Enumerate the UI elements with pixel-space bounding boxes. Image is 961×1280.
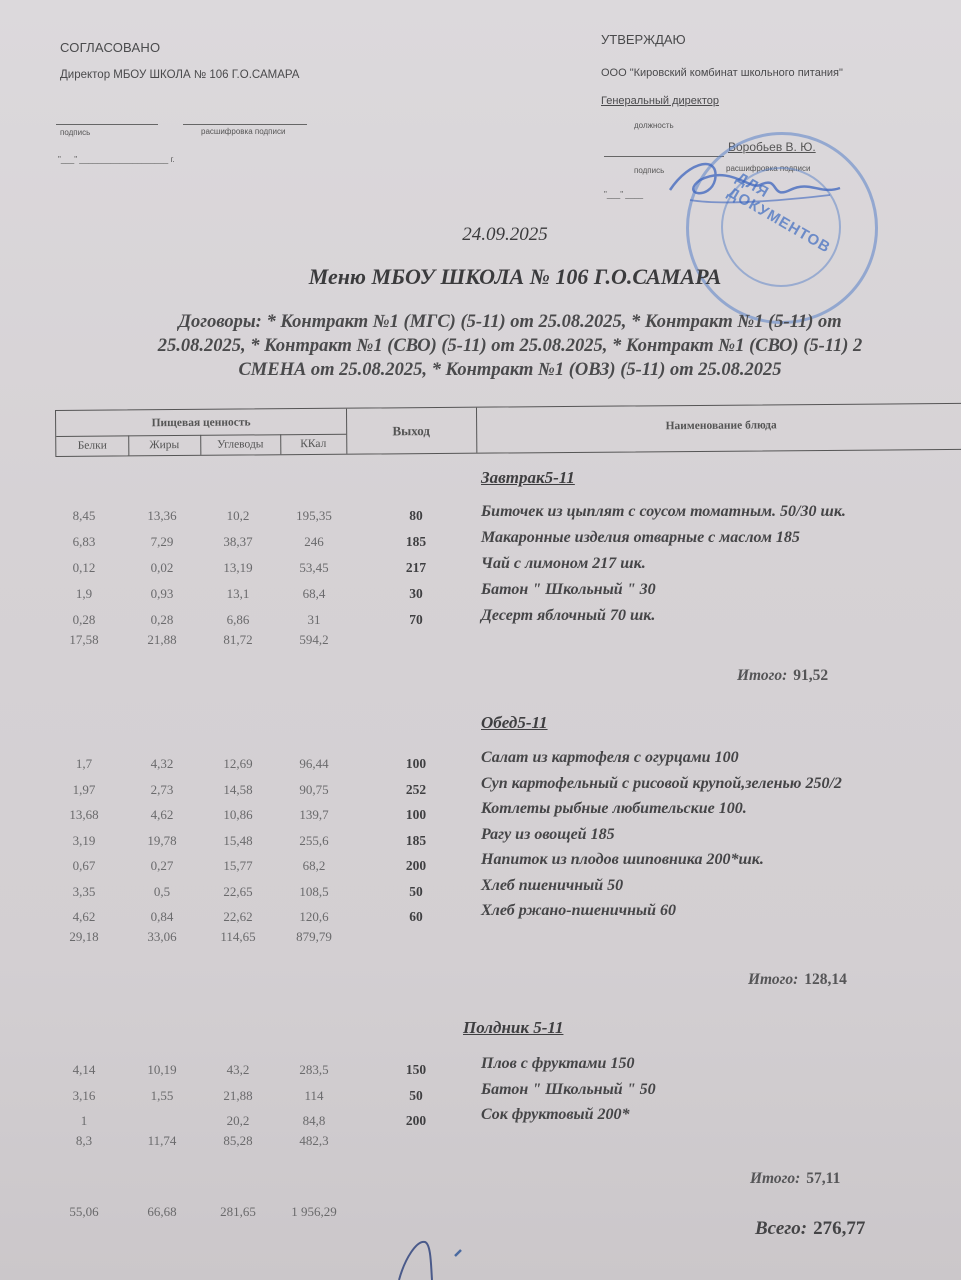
column-yield: Выход <box>346 408 476 454</box>
cell-yield: 185 <box>390 534 442 550</box>
cell-dish-name: Батон " Школьный " 50 <box>481 1081 656 1099</box>
cell-carbs: 13,19 <box>210 560 266 576</box>
signature-line <box>56 124 158 125</box>
grand-total-carbs: 281,65 <box>210 1204 266 1220</box>
cell-carbs: 10,2 <box>210 508 266 524</box>
cell-kcal: 96,44 <box>284 756 344 772</box>
section-totals-row: 17,5821,8881,72594,2 <box>0 638 961 662</box>
cell-yield: 100 <box>390 756 442 772</box>
vsego-label: Всего: <box>755 1218 807 1239</box>
cell-fat: 0,93 <box>138 586 186 602</box>
cell-protein: 1,97 <box>60 782 108 798</box>
cell-kcal: 84,8 <box>284 1113 344 1129</box>
cell-kcal: 68,2 <box>284 858 344 874</box>
approval-left-position: Директор МБОУ ШКОЛА № 106 Г.О.САМАРА <box>60 69 299 81</box>
nutrition-group-header: Пищевая ценность <box>56 409 346 436</box>
grand-total-protein: 55,06 <box>60 1204 108 1220</box>
cell-protein: 8,3 <box>60 1133 108 1149</box>
cell-carbs: 43,2 <box>210 1062 266 1078</box>
position-caption: должность <box>634 121 674 130</box>
cell-dish-name: Хлеб пшеничный 50 <box>481 877 623 895</box>
table-header: Пищевая ценность Белки Жиры Углеводы ККа… <box>55 403 961 457</box>
vsego-value: 276,77 <box>813 1218 865 1239</box>
cell-yield: 200 <box>390 1113 442 1129</box>
cell-protein: 1,9 <box>60 586 108 602</box>
cell-carbs: 6,86 <box>210 612 266 628</box>
cell-kcal: 53,45 <box>284 560 344 576</box>
approval-right-position: Генеральный директор <box>601 95 843 107</box>
cell-fat: 0,5 <box>138 884 186 900</box>
cell-kcal: 114 <box>284 1088 344 1104</box>
cell-protein: 6,83 <box>60 534 108 550</box>
cell-fat: 0,84 <box>138 909 186 925</box>
cell-fat: 0,27 <box>138 858 186 874</box>
cell-protein: 0,67 <box>60 858 108 874</box>
cell-fat: 0,28 <box>138 612 186 628</box>
section-title: Завтрак5-11 <box>481 468 575 488</box>
cell-dish-name: Плов с фруктами 150 <box>481 1055 634 1073</box>
cell-carbs: 85,28 <box>210 1133 266 1149</box>
cell-dish-name: Суп картофельный с рисовой крупой,зелень… <box>481 775 842 793</box>
cell-carbs: 12,69 <box>210 756 266 772</box>
cell-dish-name: Салат из картофеля с огурцами 100 <box>481 749 739 767</box>
itogo-label: Итого: <box>737 667 787 684</box>
cell-protein: 29,18 <box>60 929 108 945</box>
cell-protein: 3,19 <box>60 833 108 849</box>
cell-kcal: 68,4 <box>284 586 344 602</box>
cell-kcal: 879,79 <box>284 929 344 945</box>
cell-kcal: 90,75 <box>284 782 344 798</box>
cell-protein: 0,28 <box>60 612 108 628</box>
cell-carbs: 20,2 <box>210 1113 266 1129</box>
contracts-line: Договоры: * Контракт №1 (МГС) (5-11) от … <box>70 310 950 334</box>
cell-yield: 30 <box>390 586 442 602</box>
cell-protein: 1,7 <box>60 756 108 772</box>
cell-kcal: 31 <box>284 612 344 628</box>
cell-yield: 150 <box>390 1062 442 1078</box>
approval-right-date: "___" ____ <box>604 190 643 199</box>
approval-right-block: УТВЕРЖДАЮ ООО "Кировский комбинат школьн… <box>601 32 843 107</box>
itogo-value: 128,14 <box>804 971 847 988</box>
column-carbs: Углеводы <box>200 434 280 455</box>
cell-fat: 19,78 <box>138 833 186 849</box>
cell-kcal: 246 <box>284 534 344 550</box>
grand-total-kcal: 1 956,29 <box>284 1204 344 1220</box>
cell-fat: 1,55 <box>138 1088 186 1104</box>
cell-carbs: 15,77 <box>210 858 266 874</box>
cell-yield: 60 <box>390 909 442 925</box>
approval-right-organization: ООО "Кировский комбинат школьного питани… <box>601 67 843 79</box>
cell-carbs: 22,65 <box>210 884 266 900</box>
menu-date: 24.09.2025 <box>0 224 961 246</box>
cell-carbs: 21,88 <box>210 1088 266 1104</box>
cell-protein: 13,68 <box>60 807 108 823</box>
approval-left-date: "___" ____________________ г. <box>58 155 175 164</box>
section-totals-row: 29,1833,06114,65879,79 <box>0 935 961 959</box>
signature-caption: подпись <box>60 128 90 137</box>
itogo-value: 91,52 <box>793 667 828 684</box>
decoding-caption: расшифровка подписи <box>201 127 285 136</box>
cell-protein: 3,16 <box>60 1088 108 1104</box>
section-total-price: Итого:128,14 <box>748 971 847 989</box>
approval-left-title: СОГЛАСОВАНО <box>60 40 299 55</box>
cell-carbs: 13,1 <box>210 586 266 602</box>
column-protein: Белки <box>56 435 128 456</box>
column-kcal: ККал <box>280 434 346 455</box>
section-total-price: Итого:91,52 <box>737 667 828 685</box>
cell-kcal: 482,3 <box>284 1133 344 1149</box>
cell-yield: 200 <box>390 858 442 874</box>
cell-yield: 252 <box>390 782 442 798</box>
cell-dish-name: Напиток из плодов шиповника 200*шк. <box>481 851 764 869</box>
cell-dish-name: Котлеты рыбные любительские 100. <box>481 800 747 818</box>
cell-protein: 1 <box>60 1113 108 1129</box>
contracts-text: Договоры: * Контракт №1 (МГС) (5-11) от … <box>70 310 950 382</box>
cell-kcal: 255,6 <box>284 833 344 849</box>
cell-carbs: 22,62 <box>210 909 266 925</box>
cell-yield: 70 <box>390 612 442 628</box>
cell-dish-name: Хлеб ржано-пшеничный 60 <box>481 902 676 920</box>
cell-dish-name: Рагу из овощей 185 <box>481 826 615 844</box>
approval-left-block: СОГЛАСОВАНО Директор МБОУ ШКОЛА № 106 Г.… <box>60 40 299 81</box>
cell-carbs: 114,65 <box>210 929 266 945</box>
cell-dish-name: Чай с лимоном 217 шк. <box>481 555 646 573</box>
cell-protein: 0,12 <box>60 560 108 576</box>
cell-carbs: 10,86 <box>210 807 266 823</box>
cell-fat: 13,36 <box>138 508 186 524</box>
column-dish-name: Наименование блюда <box>476 404 961 448</box>
grand-total-fat: 66,68 <box>138 1204 186 1220</box>
cell-dish-name: Биточек из цыплят с соусом томатным. 50/… <box>481 503 846 521</box>
cell-fat: 7,29 <box>138 534 186 550</box>
cell-fat: 2,73 <box>138 782 186 798</box>
cell-carbs: 15,48 <box>210 833 266 849</box>
cell-yield: 185 <box>390 833 442 849</box>
cell-fat: 21,88 <box>138 632 186 648</box>
itogo-value: 57,11 <box>806 1170 840 1187</box>
cell-dish-name: Десерт яблочный 70 шк. <box>481 607 655 625</box>
cell-protein: 4,14 <box>60 1062 108 1078</box>
cell-carbs: 81,72 <box>210 632 266 648</box>
cell-dish-name: Сок фруктовый 200* <box>481 1106 630 1124</box>
pen-mark-icon <box>395 1238 475 1280</box>
cell-yield: 50 <box>390 1088 442 1104</box>
cell-kcal: 594,2 <box>284 632 344 648</box>
cell-fat: 33,06 <box>138 929 186 945</box>
section-title: Обед5-11 <box>481 713 548 733</box>
cell-fat: 11,74 <box>138 1133 186 1149</box>
cell-dish-name: Батон " Школьный " 30 <box>481 581 656 599</box>
cell-dish-name: Макаронные изделия отварные с маслом 185 <box>481 529 800 547</box>
decoding-line <box>183 124 307 125</box>
signature-scribble-icon <box>660 150 860 220</box>
cell-carbs: 14,58 <box>210 782 266 798</box>
cell-kcal: 108,5 <box>284 884 344 900</box>
cell-fat: 4,62 <box>138 807 186 823</box>
itogo-label: Итого: <box>748 971 798 988</box>
cell-fat: 4,32 <box>138 756 186 772</box>
cell-yield: 50 <box>390 884 442 900</box>
cell-fat: 0,02 <box>138 560 186 576</box>
cell-protein: 8,45 <box>60 508 108 524</box>
cell-protein: 3,35 <box>60 884 108 900</box>
section-total-price: Итого:57,11 <box>750 1170 840 1188</box>
contracts-line: 25.08.2025, * Контракт №1 (СВО) (5-11) о… <box>70 334 950 358</box>
grand-total-price: Всего:276,77 <box>755 1218 865 1240</box>
contracts-line: СМЕНА от 25.08.2025, * Контракт №1 (ОВЗ)… <box>70 358 950 382</box>
cell-kcal: 120,6 <box>284 909 344 925</box>
cell-yield: 80 <box>390 508 442 524</box>
cell-yield: 100 <box>390 807 442 823</box>
cell-fat: 10,19 <box>138 1062 186 1078</box>
itogo-label: Итого: <box>750 1170 800 1187</box>
section-title: Полдник 5-11 <box>463 1018 563 1038</box>
column-fat: Жиры <box>128 435 200 456</box>
menu-title: Меню МБОУ ШКОЛА № 106 Г.О.САМАРА <box>0 264 961 290</box>
cell-yield: 217 <box>390 560 442 576</box>
cell-carbs: 38,37 <box>210 534 266 550</box>
cell-kcal: 139,7 <box>284 807 344 823</box>
approval-right-title: УТВЕРЖДАЮ <box>601 32 843 47</box>
cell-kcal: 283,5 <box>284 1062 344 1078</box>
cell-kcal: 195,35 <box>284 508 344 524</box>
cell-protein: 4,62 <box>60 909 108 925</box>
section-totals-row: 8,311,7485,28482,3 <box>0 1139 961 1163</box>
cell-protein: 17,58 <box>60 632 108 648</box>
